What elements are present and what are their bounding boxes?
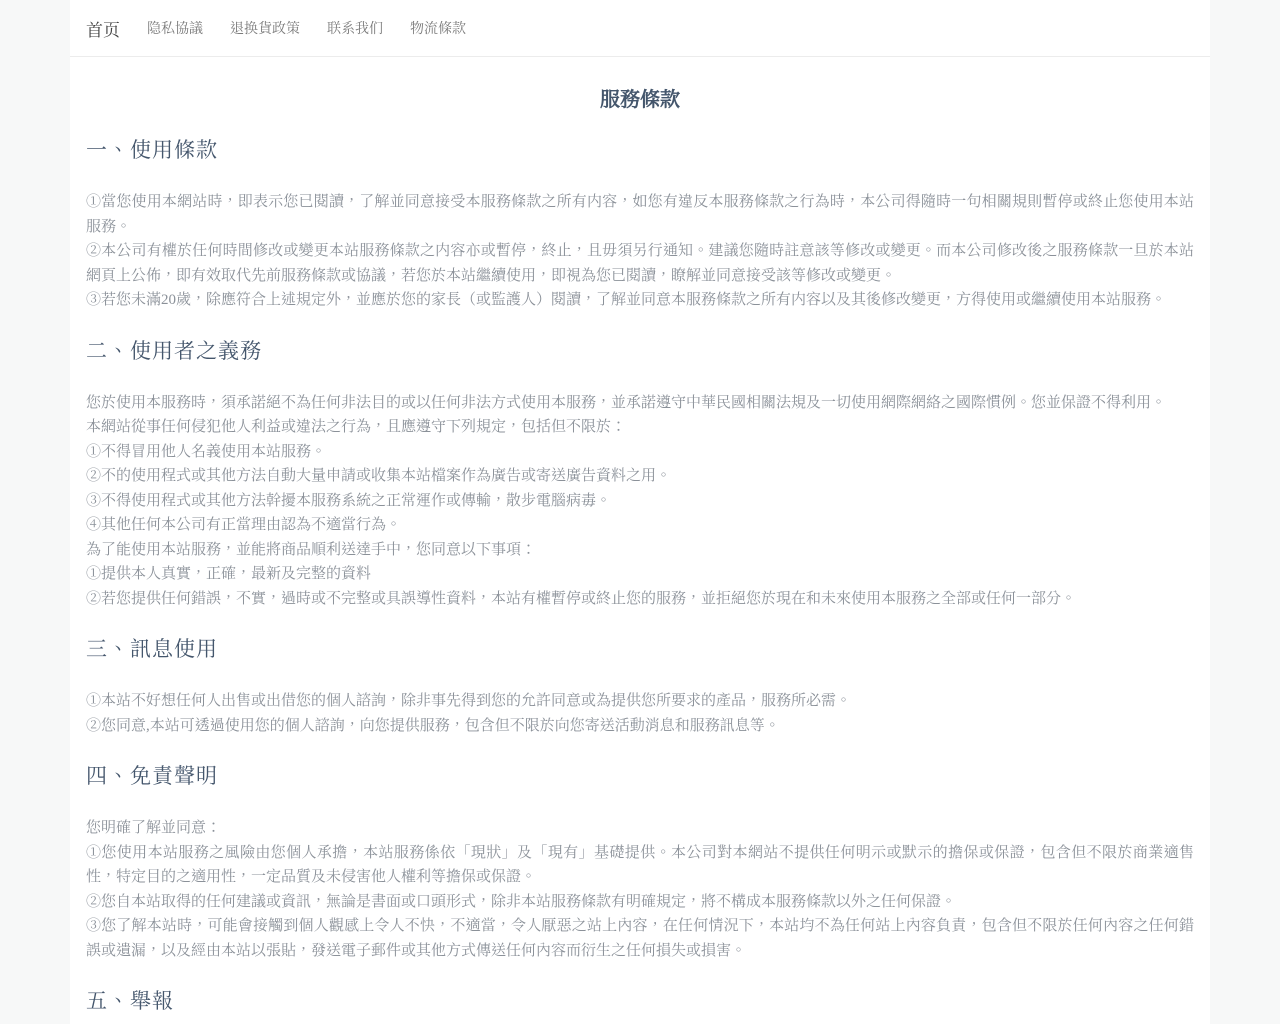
section-heading: 五、舉報 — [86, 985, 1194, 1015]
nav-item-home[interactable]: 首页 — [86, 16, 120, 41]
nav-item-logistics-terms[interactable]: 物流條款 — [410, 18, 466, 38]
section-heading: 一、使用條款 — [86, 134, 1194, 164]
top-navigation: 首页 隐私協議 退换貨政策 联系我们 物流條款 — [70, 0, 1210, 57]
section-paragraph: ①不得冒用他人名義使用本站服務。 — [86, 440, 1194, 465]
section-paragraph: ①當您使用本網站時，即表示您已閱讀，了解並同意接受本服務條款之所有内容，如您有違… — [86, 190, 1194, 239]
page-title: 服務條款 — [86, 83, 1194, 112]
section-paragraph: 本網站從事任何侵犯他人利益或違法之行為，且應遵守下列規定，包括但不限於： — [86, 415, 1194, 440]
section-paragraph: ①您使用本站服務之風險由您個人承擔，本站服務係依「現狀」及「現有」基礎提供。本公… — [86, 841, 1194, 890]
section-paragraph: ③若您未滿20歲，除應符合上述規定外，並應於您的家長（或監護人）閱讀，了解並同意… — [86, 288, 1194, 313]
section-paragraph: 您明確了解並同意： — [86, 816, 1194, 841]
section-heading: 四、免責聲明 — [86, 760, 1194, 790]
section-paragraph: ①提供本人真實，正確，最新及完整的資料 — [86, 562, 1194, 587]
section-paragraph: 為了能使用本站服務，並能將商品順利送達手中，您同意以下事項： — [86, 538, 1194, 563]
page-card: 首页 隐私協議 退换貨政策 联系我们 物流條款 服務條款 一、使用條款①當您使用… — [70, 0, 1210, 1024]
section-paragraph: ②本公司有權於任何時間修改或變更本站服務條款之内容亦或暫停，終止，且毋須另行通知… — [86, 239, 1194, 288]
section-heading: 二、使用者之義務 — [86, 335, 1194, 365]
section-paragraph: ②若您提供任何錯誤，不實，過時或不完整或具誤導性資料，本站有權暫停或終止您的服務… — [86, 587, 1194, 612]
section-paragraph: ②您同意,本站可透過使用您的個人諮詢，向您提供服務，包含但不限於向您寄送活動消息… — [86, 714, 1194, 739]
terms-sections: 一、使用條款①當您使用本網站時，即表示您已閱讀，了解並同意接受本服務條款之所有内… — [86, 134, 1194, 1015]
nav-item-contact-us[interactable]: 联系我们 — [327, 18, 383, 38]
section-paragraph: ②不的使用程式或其他方法自動大量申請或收集本站檔案作為廣告或寄送廣告資料之用。 — [86, 464, 1194, 489]
nav-item-return-policy[interactable]: 退换貨政策 — [230, 18, 300, 38]
section-paragraph: ④其他任何本公司有正當理由認為不適當行為。 — [86, 513, 1194, 538]
section-paragraph: ①本站不好想任何人出售或出借您的個人諮詢，除非事先得到您的允許同意或為提供您所要… — [86, 689, 1194, 714]
section-paragraph: ②您自本站取得的任何建議或資訊，無論是書面或口頭形式，除非本站服務條款有明確規定… — [86, 890, 1194, 915]
section-paragraph: ③不得使用程式或其他方法幹擾本服務系統之正常運作或傳輸，散步電腦病毒。 — [86, 489, 1194, 514]
section-paragraph: ③您了解本站時，可能會接觸到個人觀感上令人不快，不適當，令人厭惡之站上內容，在任… — [86, 914, 1194, 963]
terms-content: 服務條款 一、使用條款①當您使用本網站時，即表示您已閱讀，了解並同意接受本服務條… — [70, 57, 1210, 1015]
section-heading: 三、訊息使用 — [86, 633, 1194, 663]
section-paragraph: 您於使用本服務時，須承諾絕不為任何非法目的或以任何非法方式使用本服務，並承諾遵守… — [86, 391, 1194, 416]
nav-item-privacy-policy[interactable]: 隐私協議 — [147, 18, 203, 38]
